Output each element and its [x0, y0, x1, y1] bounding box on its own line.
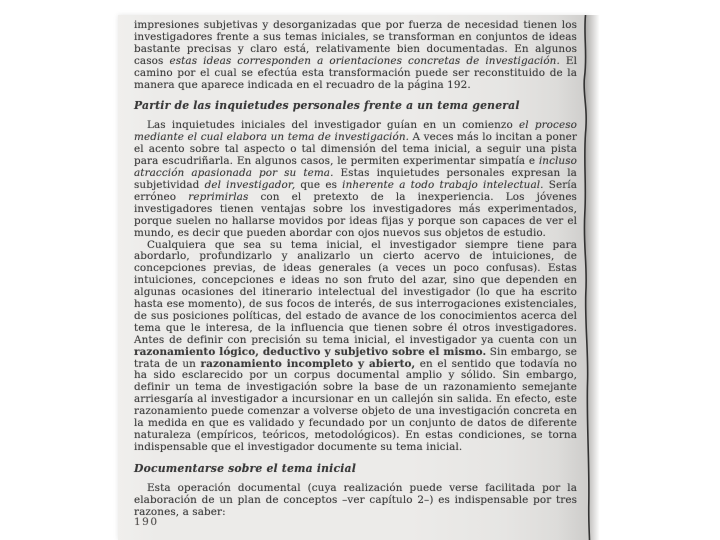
paragraph-razonamiento: Cualquiera que sea su tema inicial, el i…	[134, 240, 577, 454]
page-number: 190	[134, 516, 159, 528]
text-run-italic: inherente a todo trabajo intelectual.	[342, 179, 543, 191]
text-run-italic: reprimirlas	[188, 191, 248, 203]
text-run-italic: del investigador,	[205, 179, 296, 191]
text-run: Esta operación documental (cuya realizac…	[134, 482, 577, 518]
text-run: que es	[295, 179, 342, 191]
edge-shadow-fill	[584, 15, 605, 540]
text-run-bold: razonamiento incompleto y abierto,	[201, 358, 416, 370]
paragraph-operacion-documental: Esta operación documental (cuya realizac…	[134, 483, 577, 519]
text-run-bold: razonamiento lógico, deductivo y subjeti…	[134, 346, 486, 358]
text-run: en el sentido que todavía no ha sido esc…	[134, 358, 577, 453]
paragraph-inquietudes: Las inquietudes iniciales del investigad…	[134, 120, 577, 239]
text-run-italic: estas ideas corresponden a orientaciones…	[169, 55, 559, 67]
text-run: Las inquietudes iniciales del investigad…	[147, 119, 519, 131]
section-heading-inquietudes: Partir de las inquietudes personales fre…	[134, 100, 577, 112]
book-page: impresiones subjetivas y desorganizadas …	[118, 15, 590, 540]
section-heading-documentarse: Documentarse sobre el tema inicial	[134, 463, 577, 475]
text-run: Cualquiera que sea su tema inicial, el i…	[134, 239, 577, 346]
page-text-block: impresiones subjetivas y desorganizadas …	[134, 20, 577, 519]
edge-dark-line	[584, 15, 589, 540]
paragraph-continuation: impresiones subjetivas y desorganizadas …	[134, 20, 577, 91]
